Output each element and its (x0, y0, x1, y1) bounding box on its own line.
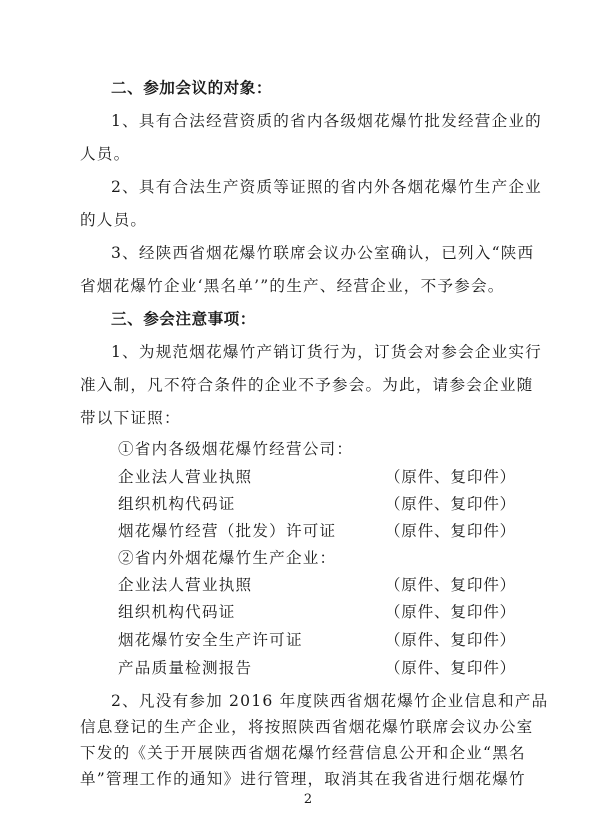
doc-name: 产品质量检测报告 (118, 658, 252, 678)
attendee-item-1-line2: 人员。 (80, 144, 516, 164)
attendee-item-3-line2: 省烟花爆竹企业‘黑名单’”的生产、经营企业，不予参会。 (80, 276, 516, 296)
attendee-item-3-line1: 3、经陕西省烟花爆竹联席会议办公室确认，已列入“陕西 (111, 243, 516, 263)
doc-note: （原件、复印件） (385, 658, 516, 678)
notes-para1-line2: 准入制，凡不符合条件的企业不予参会。为此，请参会企业随 (80, 375, 516, 395)
doc-note: （原件、复印件） (385, 602, 516, 622)
doc-note: （原件、复印件） (385, 575, 516, 595)
document-page: 二、参加会议的对象： 1、具有合法经营资质的省内各级烟花爆竹批发经营企业的 人员… (0, 0, 616, 814)
section-heading-attendees: 二、参加会议的对象： (111, 78, 547, 98)
section-heading-notes: 三、参会注意事项： (111, 309, 547, 329)
doc-row: 产品质量检测报告 （原件、复印件） (118, 658, 516, 678)
doc-row: 烟花爆竹安全生产许可证 （原件、复印件） (118, 630, 516, 650)
doc-name: 烟花爆竹经营（批发）许可证 (118, 521, 336, 541)
doc-name: 烟花爆竹安全生产许可证 (118, 630, 303, 650)
doc-note: （原件、复印件） (385, 630, 516, 650)
doc-note: （原件、复印件） (385, 521, 516, 541)
doc-note: （原件、复印件） (385, 467, 516, 487)
doc-note: （原件、复印件） (385, 494, 516, 514)
page-number: 2 (0, 792, 616, 807)
doc-name: 企业法人营业执照 (118, 575, 252, 595)
notes-para2-line2: 信息登记的生产企业，将按照陕西省烟花爆竹联席会议办公室 (80, 717, 516, 737)
doc-row: 企业法人营业执照 （原件、复印件） (118, 575, 516, 595)
attendee-item-2-line2: 的人员。 (80, 210, 516, 230)
doc-row: 烟花爆竹经营（批发）许可证 （原件、复印件） (118, 521, 516, 541)
notes-para2-line3: 下发的《关于开展陕西省烟花爆竹经营信息公开和企业“黑名 (80, 743, 516, 763)
group-title-manufacturers: ②省内外烟花爆竹生产企业： (118, 548, 554, 568)
doc-row: 组织机构代码证 （原件、复印件） (118, 494, 516, 514)
notes-para1-line1: 1、为规范烟花爆竹产销订货行为，订货会对参会企业实行 (111, 342, 516, 362)
doc-name: 组织机构代码证 (118, 602, 236, 622)
attendee-item-1-line1: 1、具有合法经营资质的省内各级烟花爆竹批发经营企业的 (111, 111, 516, 131)
doc-row: 企业法人营业执照 （原件、复印件） (118, 467, 516, 487)
group-title-distributors: ①省内各级烟花爆竹经营公司： (118, 439, 554, 459)
notes-para1-line3: 带以下证照： (80, 408, 516, 428)
attendee-item-2-line1: 2、具有合法生产资质等证照的省内外各烟花爆竹生产企业 (111, 177, 516, 197)
notes-para2-line1: 2、凡没有参加 2016 年度陕西省烟花爆竹企业信息和产品 (111, 691, 516, 711)
doc-name: 组织机构代码证 (118, 494, 236, 514)
notes-para2-line4: 单”管理工作的通知》进行管理，取消其在我省进行烟花爆竹 (80, 769, 516, 789)
doc-name: 企业法人营业执照 (118, 467, 252, 487)
doc-row: 组织机构代码证 （原件、复印件） (118, 602, 516, 622)
